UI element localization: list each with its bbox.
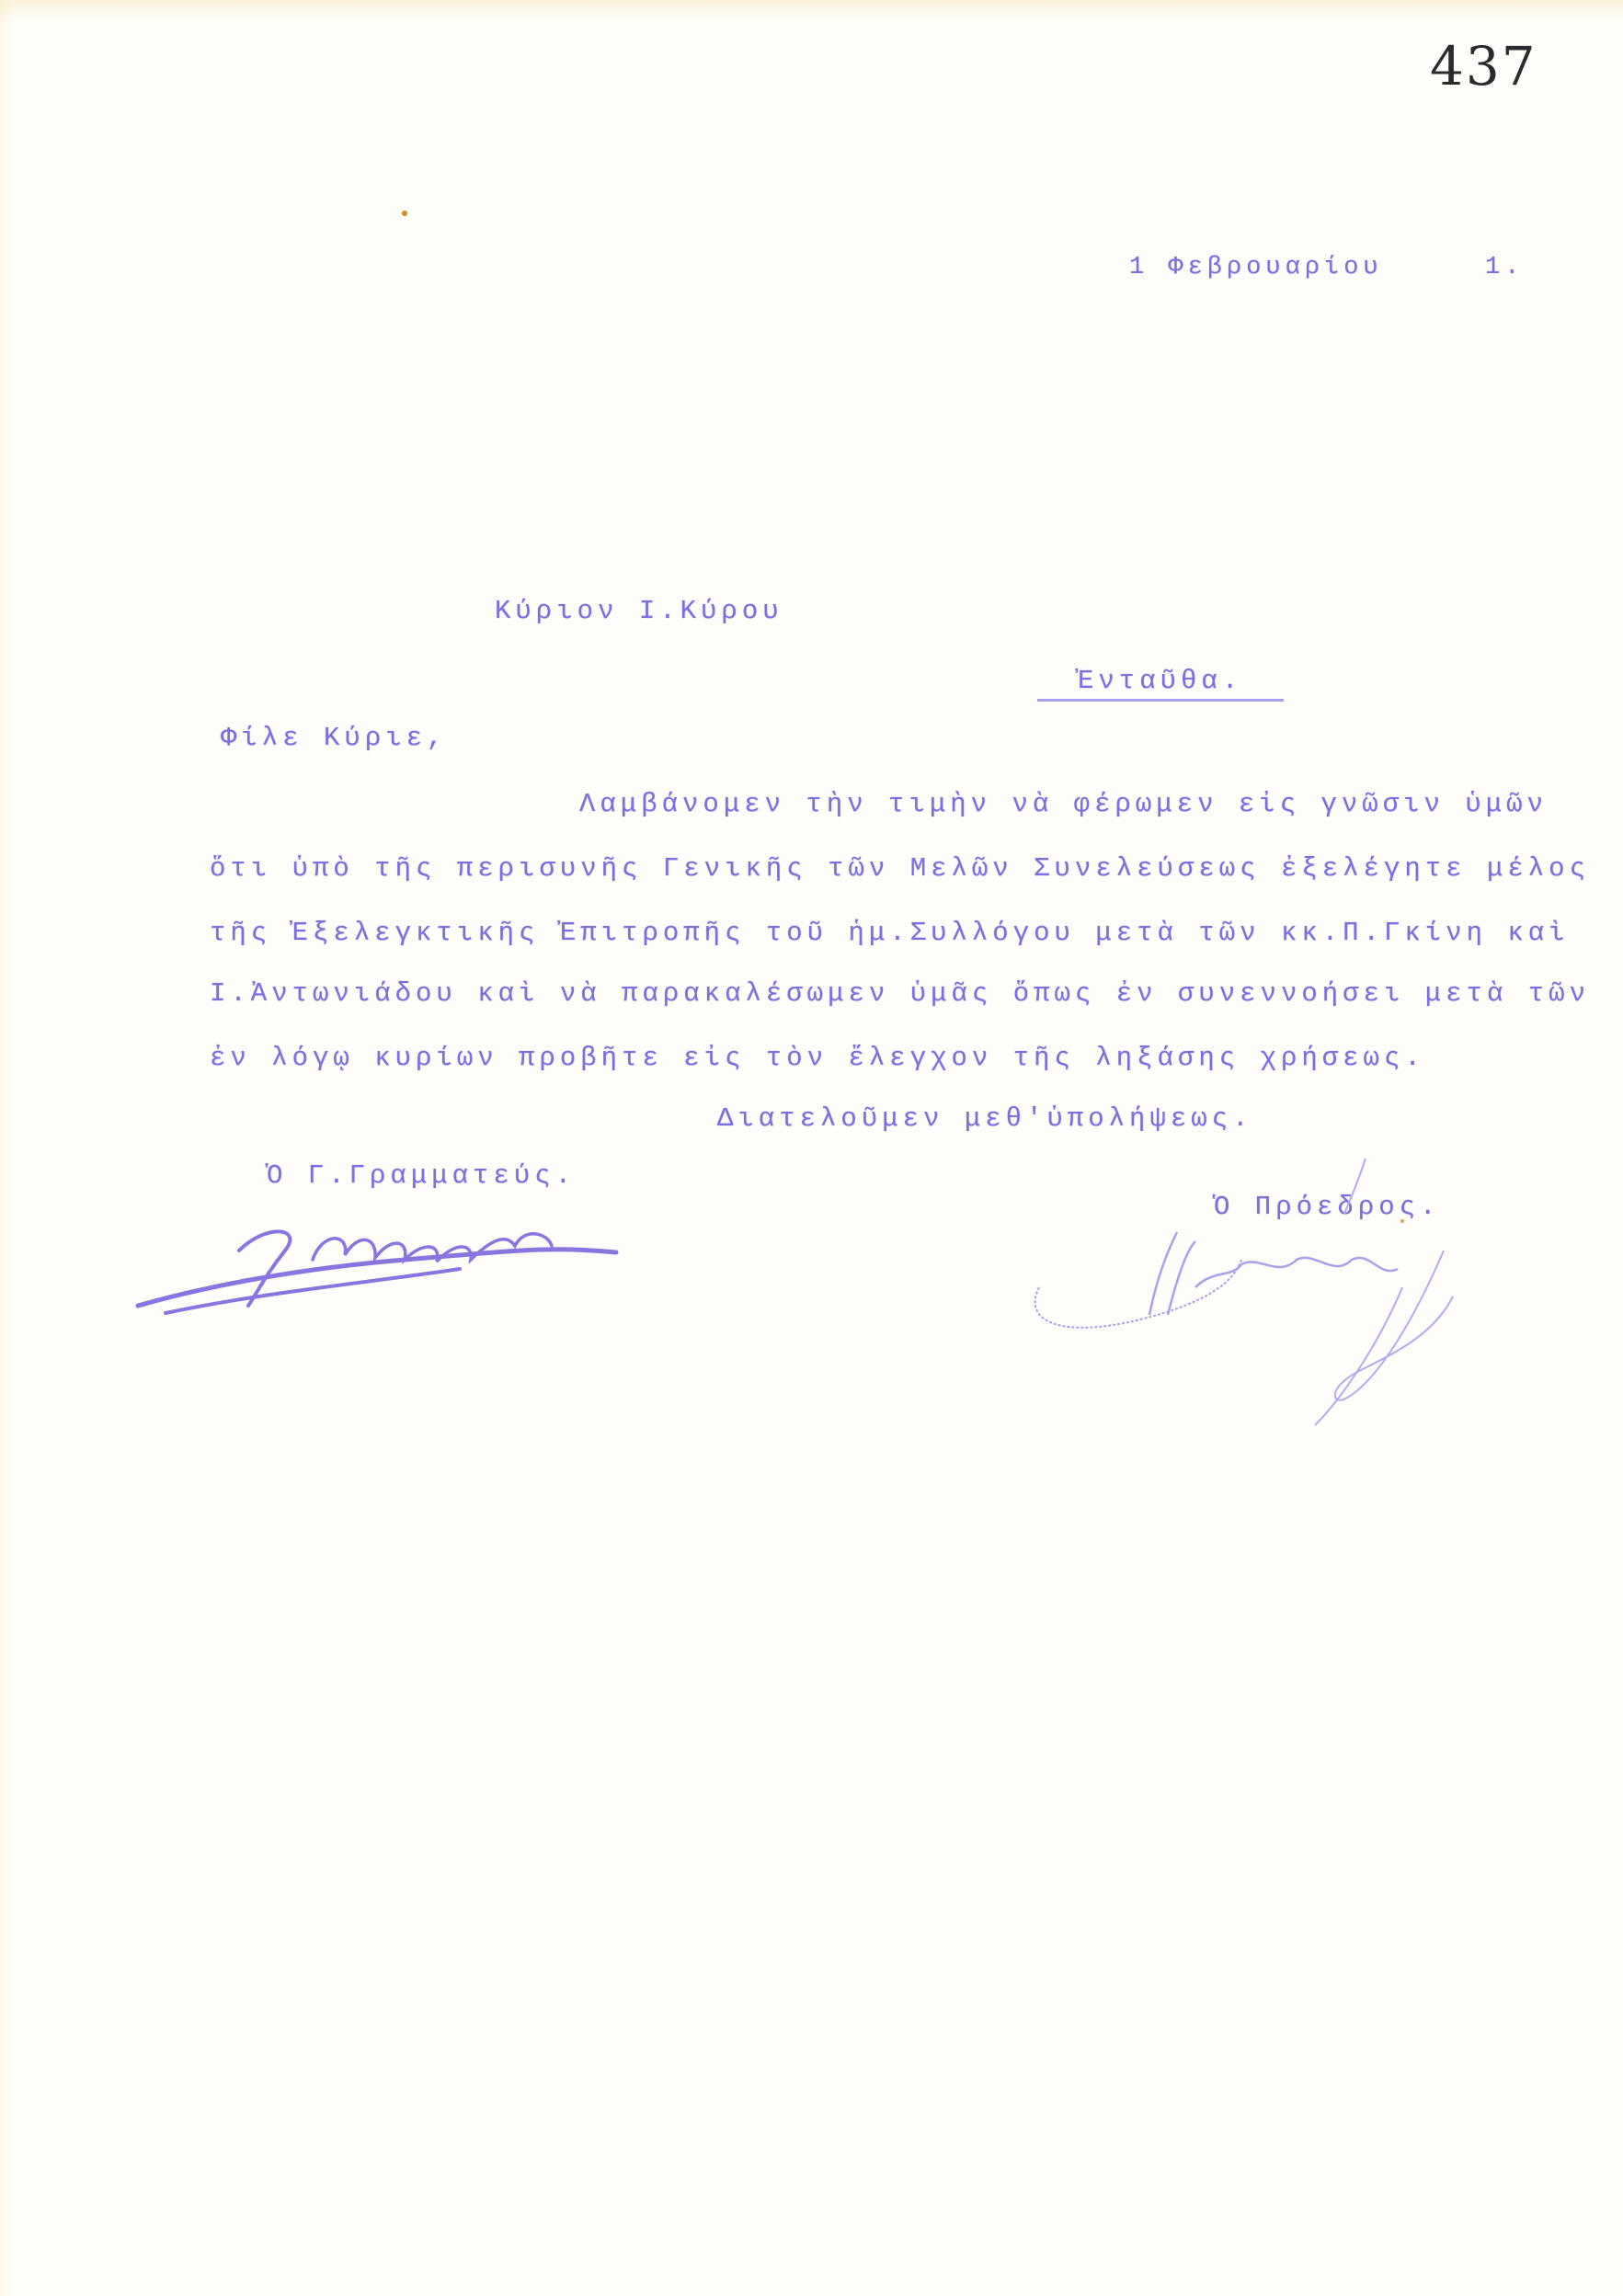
page-number: 437 [1430, 35, 1537, 97]
recipient-location-underline [1037, 699, 1284, 702]
closing-line: Διατελοῦμεν μεθ'ὑπολήψεως. [717, 1103, 1252, 1134]
recipient-name: Κύριον Ι.Κύρου [495, 596, 783, 626]
body-line-3: τῆς Ἐξελεγκτικῆς Ἐπιτροπῆς τοῦ ἡμ.Συλλόγ… [210, 918, 1570, 948]
body-line-4: Ι.Ἀντωνιάδου καὶ νὰ παρακαλέσωμεν ὑμᾶς ὅ… [210, 978, 1590, 1009]
body-line-5: ἐν λόγῳ κυρίων προβῆτε εἰς τὸν ἔλεγχον τ… [210, 1043, 1425, 1073]
date-day-month: 1 Φεβρουαρίου [1129, 254, 1383, 281]
paper-sheet [0, 0, 1623, 2296]
recipient-location: Ἐνταῦθα. [1078, 666, 1242, 696]
president-signature [1012, 1177, 1526, 1453]
paper-stain [1400, 1219, 1404, 1223]
body-line-1: Λαμβάνομεν τὴν τιμὴν νὰ φέρωμεν εἰς γνῶσ… [579, 789, 1548, 819]
secretary-signature [129, 1195, 644, 1324]
paper-stain [402, 211, 407, 216]
secretary-title: Ὁ Γ.Γραμματεύς. [267, 1160, 576, 1191]
body-line-2: ὅτι ὑπὸ τῆς περισυνῆς Γενικῆς τῶν Μελῶν … [210, 853, 1590, 884]
salutation: Φίλε Κύριε, [221, 723, 447, 753]
date-year: 1. [1485, 254, 1524, 281]
